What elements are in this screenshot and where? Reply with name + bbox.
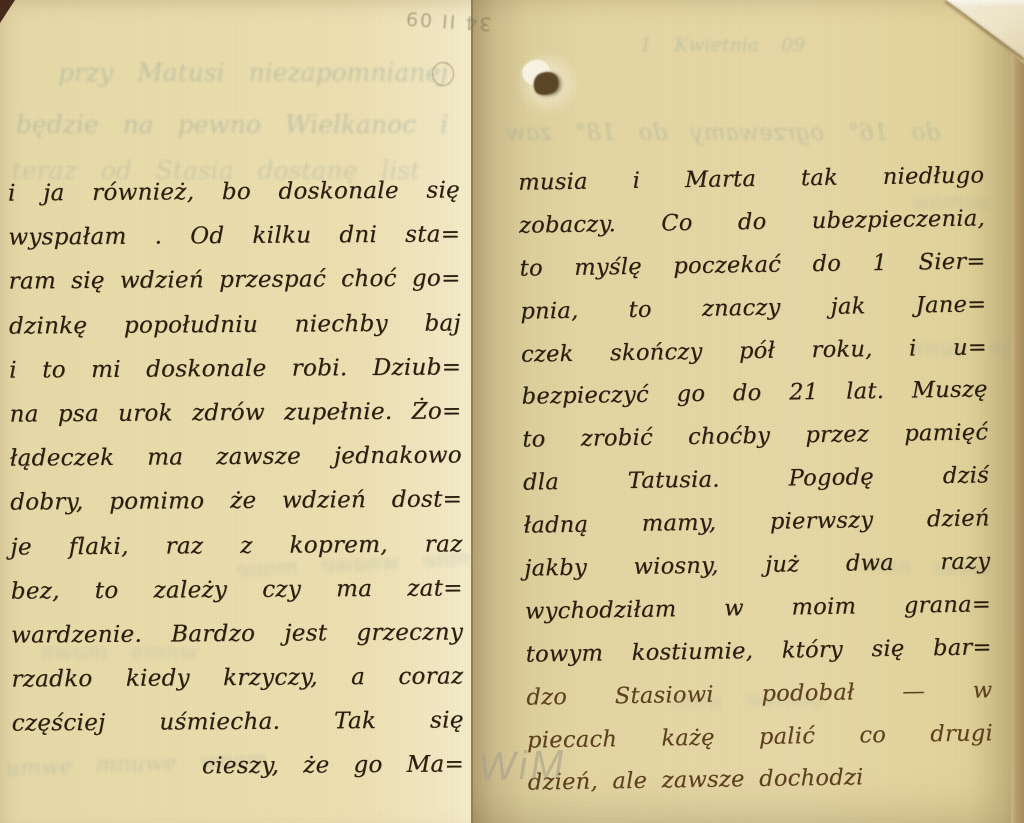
handwritten-line: wardzenie. Bardzo jest grzeczny [11, 610, 463, 657]
handwritten-line: wyspałam . Od kilku dni sta= [8, 213, 460, 260]
bleedthrough-date: 1 Kwietnia 09 [640, 34, 805, 56]
handwritten-line: dzień, ale zawsze dochodzi [527, 755, 994, 805]
handwritten-line: jakby wiosny, już dwa razy [524, 540, 991, 590]
left-page-text: i ja również, bo doskonale się wyspałam … [8, 168, 464, 790]
handwritten-line: to zrobić choćby przez pamięć [522, 412, 989, 462]
handwritten-line: dobry, pomimo że wdzień dost= [10, 478, 462, 525]
handwritten-line: łądeczek ma zawsze jednakowo [10, 434, 462, 481]
handwritten-line: to myślę poczekać do 1 Sier= [519, 240, 986, 290]
bleedthrough-line: przy Matusi niezapomnianej [58, 58, 448, 87]
handwritten-line: dzo Stasiowi podobał — w [526, 669, 993, 719]
handwritten-line: musia i Marta tak niedługo [518, 154, 985, 204]
handwritten-line: dzinkę popołudniu niechby baj [9, 301, 461, 348]
handwritten-line: piecach każę palić co drugi [527, 712, 994, 762]
handwritten-line: czek skończy pół roku, i u= [521, 326, 988, 376]
handwritten-line: bez, to zależy czy ma zat= [11, 566, 463, 613]
handwritten-line: je flaki, raz z koprem, raz [10, 522, 462, 569]
punched-hole [520, 56, 576, 110]
bleedthrough-line: będzie na pewno Wielkanoc i [16, 110, 448, 139]
handwritten-line: ładną mamy, pierwszy dzień [523, 497, 990, 547]
letter-scan: przy Matusi niezapomnianej będzie na pew… [0, 0, 1024, 823]
handwritten-line: rzadko kiedy krzyczy, a coraz [11, 654, 463, 701]
handwritten-line: pnia, to znaczy jak Jane= [520, 283, 987, 333]
handwritten-line: dla Tatusia. Pogodę dziś [523, 455, 990, 505]
page-edge [1011, 0, 1024, 823]
handwritten-line: częściej uśmiecha. Tak się [12, 699, 464, 746]
handwritten-line: ram się wdzień przespać choć go= [8, 257, 460, 304]
handwritten-line: wychodziłam w moim grana= [525, 583, 992, 633]
faint-circle-mark [432, 62, 454, 86]
handwritten-line: na psa urok zdrów zupełnie. Żo= [9, 389, 461, 436]
handwritten-line: cieszy, że go Ma= [12, 743, 464, 790]
handwritten-line: i to mi doskonale robi. Dziub= [9, 345, 461, 392]
right-page-text: musia i Marta tak niedługo zobaczy. Co d… [518, 154, 994, 805]
bleedthrough-line: do 16° ogrzewamy do 18° zaw [506, 120, 940, 146]
handwritten-line: towym kostiumie, który się bar= [525, 626, 992, 676]
handwritten-line: i ja również, bo doskonale się [8, 168, 460, 215]
handwritten-line: zobaczy. Co do ubezpieczenia, [519, 197, 986, 247]
handwritten-line: bezpieczyć go do 21 lat. Muszę [521, 369, 988, 419]
